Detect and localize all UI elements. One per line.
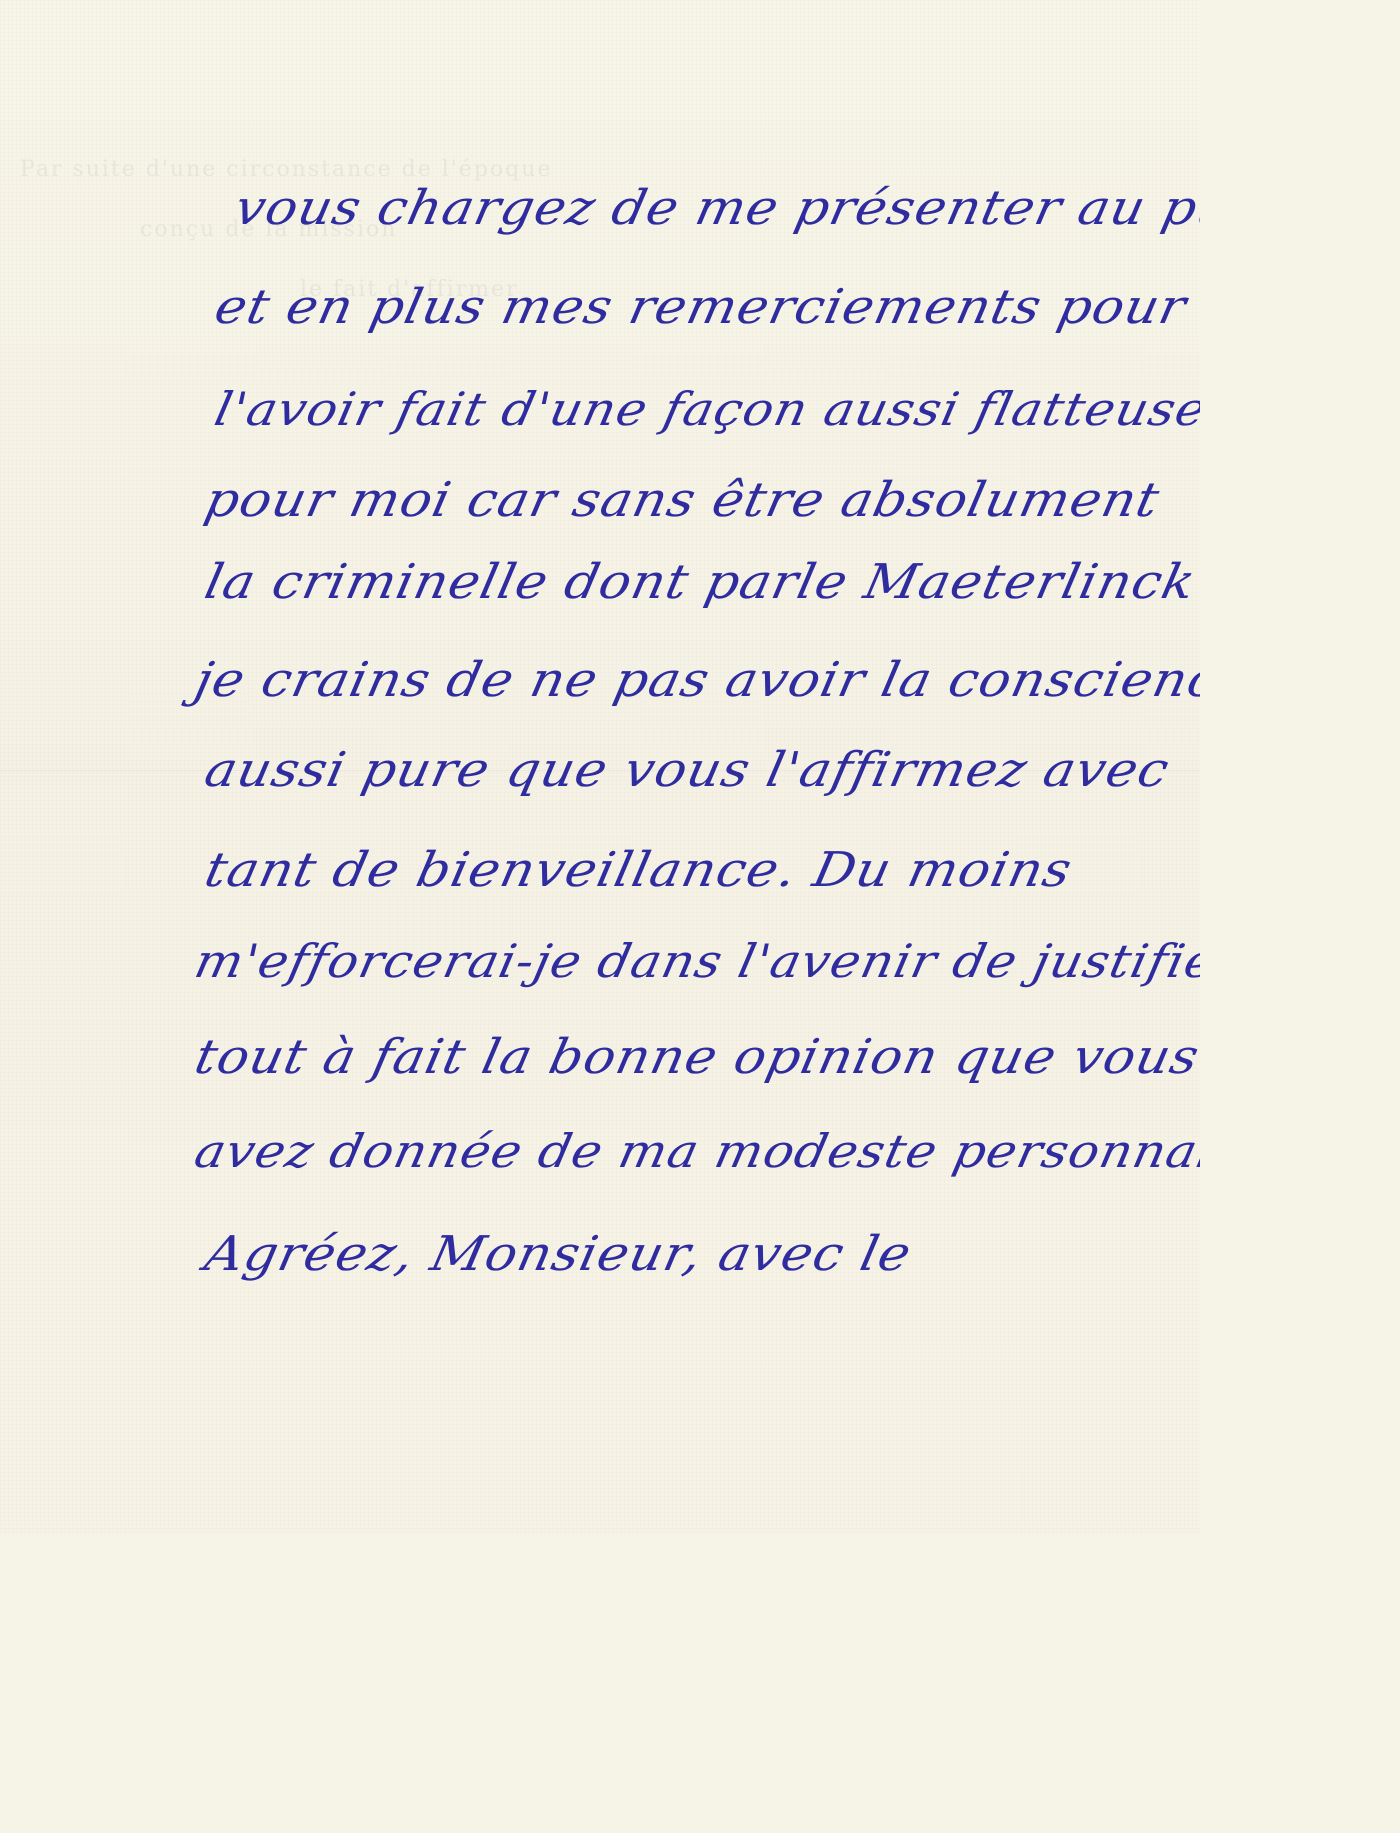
letter-line-5: la criminelle dont parle Maeterlinck xyxy=(200,555,1200,610)
letter-line-2: et en plus mes remerciements pour xyxy=(210,280,1191,335)
letter-line-4: pour moi car sans être absolument xyxy=(200,473,1165,528)
letter-line-11: avez donnée de ma modeste personnalité. xyxy=(190,1125,1200,1178)
letter-line-1: vous chargez de me présenter au public xyxy=(230,181,1200,236)
letter-line-9: m'efforcerai-je dans l'avenir de justifi… xyxy=(190,935,1200,988)
letter-line-12-closing: Agréez, Monsieur, avec le xyxy=(200,1227,916,1282)
letter-line-10: tout à fait la bonne opinion que vous xyxy=(190,1030,1200,1085)
letter-line-8: tant de bienveillance. Du moins xyxy=(200,843,1077,898)
letter-line-3: l'avoir fait d'une façon aussi flatteuse xyxy=(210,383,1200,436)
letter-line-6: je crains de ne pas avoir la conscience xyxy=(190,653,1200,708)
letter-line-7: aussi pure que vous l'affirmez avec xyxy=(200,743,1174,798)
